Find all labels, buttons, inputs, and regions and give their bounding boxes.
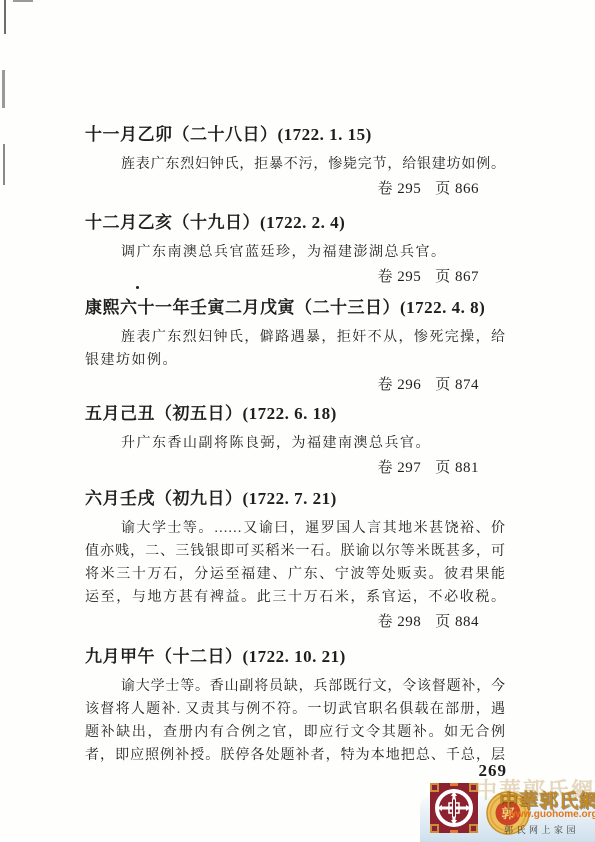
entry: 十一月乙卯（二十八日）(1722. 1. 15)旌表广东烈妇钟氏，拒暴不污，惨毙…	[85, 124, 505, 200]
entry-date-heading: 十一月乙卯（二十八日）(1722. 1. 15)	[85, 124, 505, 146]
source-reference: 卷 297页 881	[85, 457, 505, 479]
entry-text-line: 银建坊如例。	[85, 349, 505, 372]
scan-artifact-line	[13, 0, 33, 2]
entry-text-line: 升广东香山副将陈良弼，为福建南澳总兵官。	[85, 432, 505, 455]
entry-text-line: 值亦贱，二、三钱银即可买稻米一石。朕谕以尔等米既甚多，可	[85, 540, 505, 563]
entry-text-line: 该督将人题补. 又责其与例不符。一切武官职名俱载在部册，遇	[85, 698, 505, 721]
volume-ref: 卷 297	[377, 460, 421, 476]
entry-text-line: 旌表广东烈妇钟氏，拒暴不污，惨毙完节，给银建坊如例。	[85, 153, 505, 176]
entry: 五月己丑（初五日）(1722. 6. 18)升广东香山副将陈良弼，为福建南澳总兵…	[85, 403, 505, 479]
entry-date-heading: 六月壬戌（初九日）(1722. 7. 21)	[85, 488, 505, 510]
site-watermark: 中華郭氏網 郭	[420, 776, 595, 842]
entry-text-line: 调广东南澳总兵官蓝廷珍，为福建澎湖总兵官。	[85, 241, 505, 264]
entry-date-heading: 十二月乙亥（十九日）(1722. 2. 4)	[85, 212, 505, 234]
scan-artifact-line	[3, 144, 5, 185]
page-ref: 页 867	[435, 269, 479, 285]
source-reference: 卷 295页 867	[85, 266, 505, 288]
volume-ref: 卷 296	[377, 377, 421, 393]
entry-date-heading: 康熙六十一年壬寅二月戊寅（二十三日）(1722. 4. 8)	[85, 297, 505, 319]
volume-ref: 卷 295	[377, 181, 421, 197]
entry: 康熙六十一年壬寅二月戊寅（二十三日）(1722. 4. 8)旌表广东烈妇钟氏，僻…	[85, 297, 505, 396]
ink-speck	[136, 286, 139, 289]
scan-artifact-line	[2, 70, 5, 108]
volume-ref: 卷 295	[377, 269, 421, 285]
source-reference: 卷 295页 866	[85, 178, 505, 200]
entry-date-heading: 九月甲午（十二日）(1722. 10. 21)	[85, 646, 505, 668]
entry: 九月甲午（十二日）(1722. 10. 21)谕大学士等。香山副将员缺，兵部既行…	[85, 646, 505, 767]
page-ref: 页 866	[435, 181, 479, 197]
entry-text-line: 谕大学士等。香山副将员缺，兵部既行文，令该督题补，今	[85, 675, 505, 698]
source-reference: 卷 298页 884	[85, 611, 505, 633]
page-ref: 页 874	[435, 377, 479, 393]
watermark-subtitle: 郭氏网上家园	[504, 823, 579, 836]
entry-text-line: 旌表广东烈妇钟氏，僻路遇暴，拒奸不从，惨死完操，给	[85, 326, 505, 349]
red-square-seal-icon	[430, 783, 478, 833]
entry-text-line: 者，即应照例补授。朕停各处题补者，特为本地把总、千总，层	[85, 744, 505, 767]
entry-text-line: 题补缺出，查册内有合例之官，即应行文令其题补。如无合例	[85, 721, 505, 744]
entry-text-line: 谕大学士等。……又谕曰，暹罗国人言其地米甚饶裕、价	[85, 517, 505, 540]
scan-artifact-line	[4, 0, 6, 34]
entry: 十二月乙亥（十九日）(1722. 2. 4)调广东南澳总兵官蓝廷珍，为福建澎湖总…	[85, 212, 505, 288]
page-ref: 页 881	[435, 460, 479, 476]
page-ref: 页 884	[435, 614, 479, 630]
entry-text-line: 将米三十万石，分运至福建、广东、宁波等处贩卖。彼君果能	[85, 563, 505, 586]
entry: 六月壬戌（初九日）(1722. 7. 21)谕大学士等。……又谕曰，暹罗国人言其…	[85, 488, 505, 633]
source-reference: 卷 296页 874	[85, 374, 505, 396]
entry-date-heading: 五月己丑（初五日）(1722. 6. 18)	[85, 403, 505, 425]
entry-text-line: 运至，与地方甚有裨益。此三十万石米，系官运，不必收税。	[85, 586, 505, 609]
volume-ref: 卷 298	[377, 614, 421, 630]
scanned-book-page: 十一月乙卯（二十八日）(1722. 1. 15)旌表广东烈妇钟氏，拒暴不污，惨毙…	[0, 0, 595, 842]
watermark-url: www.guohome.org	[508, 809, 595, 820]
